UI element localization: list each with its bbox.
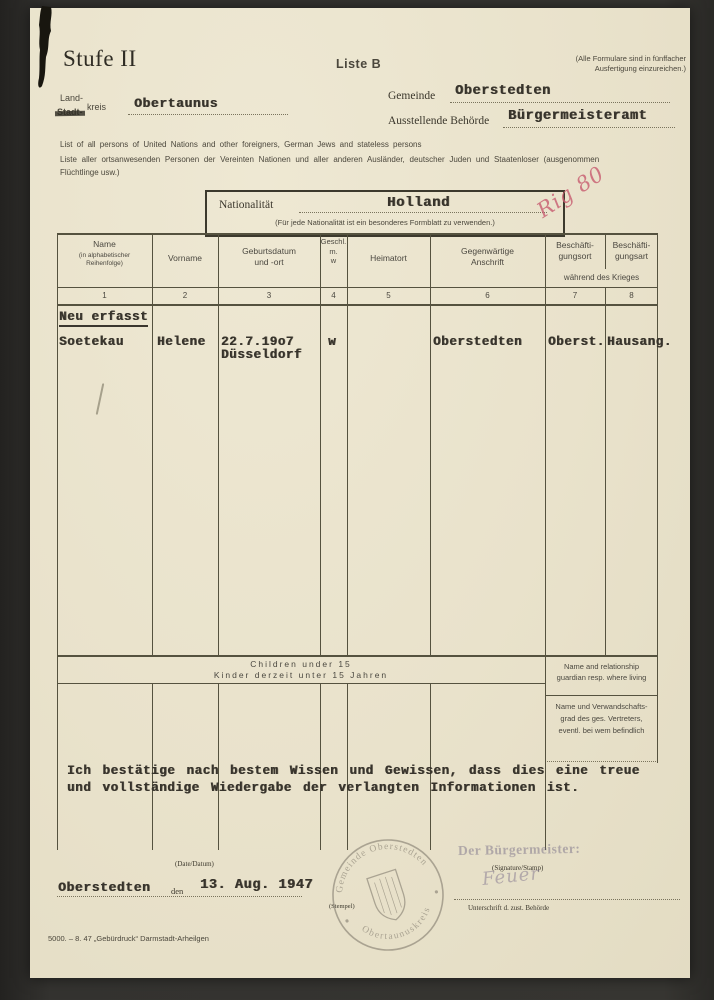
pencil-mark xyxy=(96,383,105,415)
gemeinde-dotted-line xyxy=(450,102,670,103)
certification-line-1: Ich bestätige nach bestem Wissen und Gew… xyxy=(67,764,640,778)
copies-note-line2: Ausfertigung einzureichen.) xyxy=(450,64,686,74)
gemeinde-value: Oberstedten xyxy=(455,84,551,99)
table-line xyxy=(605,287,606,655)
stamp-star xyxy=(345,919,349,923)
column-header-geburtsdatum: Geburtsdatum und -ort xyxy=(218,246,320,268)
column-header-anschrift: Gegenwärtige Anschrift xyxy=(430,246,545,268)
table-line xyxy=(57,655,658,657)
scanned-document: Stufe II Liste B (Alle Formulare sind in… xyxy=(0,0,714,1000)
guardian-note-de-line2: grad des ges. Vertreters, xyxy=(545,713,658,725)
cell-geburtsort: Düsseldorf xyxy=(221,348,302,362)
column-header-label: w xyxy=(320,256,347,266)
description-de-line2: Flüchtlinge usw.) xyxy=(60,168,120,177)
column-header-label: Geschl. xyxy=(320,237,347,247)
nationality-value: Holland xyxy=(387,195,450,211)
column-header-label: m. xyxy=(320,247,347,257)
column-number: 5 xyxy=(347,290,430,301)
print-note: 5000. – 8. 47 „Gebürdruck“ Darmstadt-Arh… xyxy=(48,934,209,943)
nationality-dotted-line xyxy=(299,212,547,213)
signature-value: Feuer xyxy=(481,863,541,890)
stamp-shield xyxy=(367,869,410,924)
column-number: 1 xyxy=(57,290,152,301)
stadt-label: Stadt- xyxy=(57,107,83,117)
children-header-en: Children under 15 xyxy=(57,659,545,670)
cell-vorname: Helene xyxy=(157,335,206,349)
cell-beschaeftigungsort: Oberst. xyxy=(548,335,605,349)
signature-dotted-line xyxy=(454,899,680,900)
new-entry-label: Neu erfasst xyxy=(59,310,148,327)
persons-table: Name (in alphabetischer Reihenfolge) Vor… xyxy=(57,233,658,858)
column-header-label: gungsart xyxy=(605,251,658,262)
guardian-note-en: Name and relationship guardian resp. whe… xyxy=(545,661,658,683)
guardian-note-de: Name und Verwandschafts- grad des ges. V… xyxy=(545,701,658,737)
date-label: (Date/Datum) xyxy=(175,860,214,868)
cell-geschlecht: w xyxy=(328,335,336,349)
guardian-note-en-line2: guardian resp. where living xyxy=(545,672,658,683)
table-line xyxy=(57,287,658,288)
stamp-star xyxy=(434,890,438,894)
liste-b-label: Liste B xyxy=(336,57,381,71)
date-value: 13. Aug. 1947 xyxy=(200,878,313,893)
cell-anschrift: Oberstedten xyxy=(433,335,522,349)
unterschrift-label: Unterschrift d. zust. Behörde xyxy=(468,904,549,912)
stamp-text-top: Gemeinde Oberstedten xyxy=(328,835,431,896)
column-number: 2 xyxy=(152,290,218,301)
column-header-sub: (in alphabetischer Reihenfolge) xyxy=(66,252,144,268)
column-header-label: Gegenwärtige xyxy=(430,246,545,257)
column-number: 4 xyxy=(320,290,347,301)
kreis-dotted-line xyxy=(128,114,288,115)
nationality-label: Nationalität xyxy=(219,199,273,211)
behoerde-value: Bürgermeisteramt xyxy=(508,109,647,124)
gemeinde-label: Gemeinde xyxy=(388,90,435,102)
ink-blob xyxy=(32,6,62,96)
column-header-kriegsnote: während des Krieges xyxy=(545,272,658,283)
description-de-line1: Liste aller ortsanwesenden Personen der … xyxy=(60,155,599,164)
column-header-label: Anschrift xyxy=(430,257,545,268)
column-header-name: Name (in alphabetischer Reihenfolge) xyxy=(57,239,152,268)
nationality-note: (Für jede Nationalität ist ein besondere… xyxy=(207,218,563,227)
column-header-heimatort: Heimatort xyxy=(347,253,430,264)
table-line xyxy=(57,233,58,850)
column-header-label: Geburtsdatum xyxy=(218,246,320,257)
column-number: 3 xyxy=(218,290,320,301)
table-line xyxy=(545,233,546,850)
stamp-text-bottom: Obertaunuskreis xyxy=(358,903,440,952)
guardian-note-de-line3: eventl. bei wem befindlich xyxy=(545,725,658,737)
column-header-label: Beschäfti- xyxy=(545,240,605,251)
date-dotted-line xyxy=(57,896,302,897)
column-header-label: gungsort xyxy=(545,251,605,262)
copies-note-line1: (Alle Formulare sind in fünffacher xyxy=(450,54,686,64)
svg-text:Obertaunuskreis: Obertaunuskreis xyxy=(358,903,440,952)
column-header-label: Beschäfti- xyxy=(605,240,658,251)
page-title-stufe: Stufe II xyxy=(63,46,137,72)
kreis-label: kreis xyxy=(87,102,106,112)
column-header-geschlecht: Geschl. m. w xyxy=(320,237,347,266)
column-header-vorname: Vorname xyxy=(152,253,218,264)
column-header-beschaeftigungsort: Beschäfti- gungsort xyxy=(545,240,605,262)
cell-name: Soetekau xyxy=(59,335,124,349)
column-header-label: und -ort xyxy=(218,257,320,268)
description-en: List of all persons of United Nations an… xyxy=(60,140,422,149)
guardian-note-de-line1: Name und Verwandschafts- xyxy=(545,701,658,713)
table-line xyxy=(545,761,658,762)
table-line xyxy=(545,695,658,696)
cell-beschaeftigungsart: Hausang. xyxy=(607,335,672,349)
column-number: 8 xyxy=(605,290,658,301)
copies-note: (Alle Formulare sind in fünffacher Ausfe… xyxy=(450,54,686,73)
den-label: den xyxy=(171,886,183,896)
stadt-label-text: Stadt- xyxy=(57,107,83,117)
svg-text:Gemeinde Oberstedten: Gemeinde Oberstedten xyxy=(328,835,431,896)
table-line xyxy=(57,233,658,235)
kreis-value: Obertaunus xyxy=(134,96,218,111)
table-line xyxy=(57,304,658,306)
table-line xyxy=(57,683,545,684)
column-number: 6 xyxy=(430,290,545,301)
certification-line-2: und vollständige Wiedergabe der verlangt… xyxy=(67,781,579,795)
guardian-note-en-line1: Name and relationship xyxy=(545,661,658,672)
column-number: 7 xyxy=(545,290,605,301)
nationality-box: Nationalität Holland (Für jede Nationali… xyxy=(205,190,565,237)
behoerde-dotted-line xyxy=(503,127,675,128)
children-header-de: Kinder derzeit unter 15 Jahren xyxy=(57,670,545,681)
behoerde-label: Ausstellende Behörde xyxy=(388,115,489,127)
place-value: Oberstedten xyxy=(58,880,150,895)
ink-blob-shape xyxy=(38,6,51,88)
buergermeister-stamp: Der Bürgermeister: xyxy=(458,841,581,859)
table-line xyxy=(657,233,658,763)
municipal-stamp: Gemeinde Oberstedten Obertaunuskreis xyxy=(328,835,448,955)
cell-geburtsdatum: 22.7.19o7 xyxy=(221,335,294,349)
column-header-beschaeftigungsart: Beschäfti- gungsart xyxy=(605,240,658,262)
paper: Stufe II Liste B (Alle Formulare sind in… xyxy=(30,8,690,978)
column-header-label: Name xyxy=(57,239,152,250)
land-label: Land- xyxy=(60,93,83,103)
